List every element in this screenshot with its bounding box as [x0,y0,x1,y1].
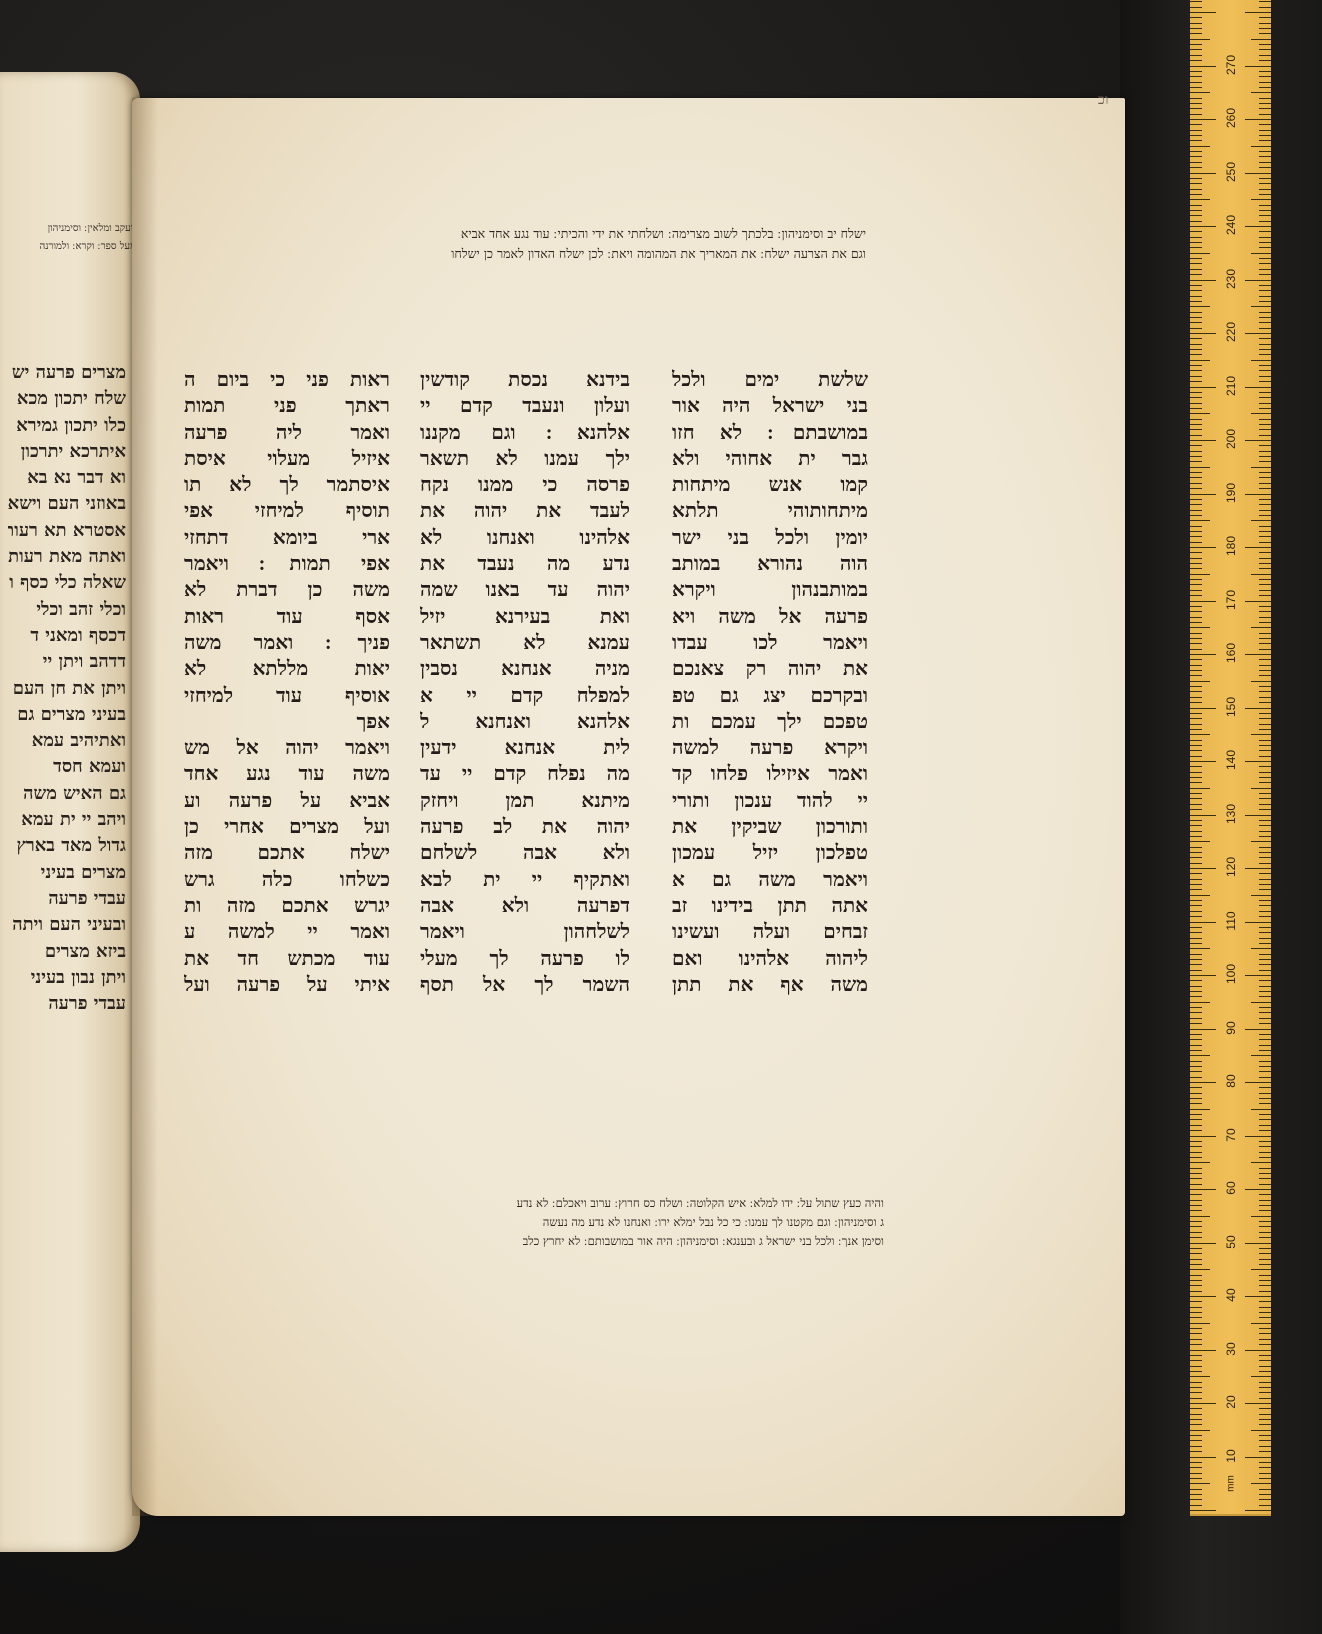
ruler-tick [1245,547,1271,548]
ruler-tick [1190,103,1202,104]
ruler-tick [1190,333,1216,334]
ruler-tick [1259,269,1271,270]
ruler-tick [1259,954,1271,955]
ruler-tick [1259,322,1271,323]
ruler-tick [1259,515,1271,516]
ruler-tick [1190,1505,1202,1506]
ruler-label: 210 [1224,373,1238,399]
ruler-tick [1251,1055,1271,1056]
ruler-tick [1190,114,1202,115]
ruler-tick [1190,831,1202,832]
text-line: ישלח אתכם מזה [184,839,390,865]
ruler-tick [1259,1344,1271,1345]
ruler-tick [1251,92,1271,93]
ruler-label: 220 [1224,319,1238,345]
text-line: ועמא חסד [8,754,126,780]
ruler-tick [1259,686,1271,687]
text-line: איתרכא יתרכון [8,439,126,465]
ruler-tick [1190,841,1210,842]
ruler-tick [1190,611,1202,612]
ruler-tick [1259,408,1271,409]
ruler-tick [1190,617,1202,618]
ruler-tick [1190,66,1216,67]
text-line: וכלי זהב וכלי [8,597,126,623]
ruler-tick [1190,889,1202,890]
text-line: משה כן דברת לא [184,576,390,602]
ruler-tick [1190,167,1202,168]
ruler-tick [1190,1237,1202,1238]
ruler-tick [1190,435,1202,436]
text-line: ויאמר משה גם א [672,866,868,892]
ruler-tick [1190,440,1216,441]
ruler-tick [1190,558,1202,559]
ruler-tick [1259,55,1271,56]
ruler-tick [1259,1178,1271,1179]
ruler-tick [1190,7,1202,8]
text-line: ויתן את חן העם [8,676,126,702]
ruler-tick [1251,627,1271,628]
ruler-tick [1190,60,1202,61]
ruler-tick [1190,413,1210,414]
masora-line: ויעקב ומלאין ׃ וסימניהון [4,220,136,238]
ruler-tick [1190,584,1202,585]
ruler-tick [1190,531,1202,532]
ruler-tick [1259,980,1271,981]
ruler-tick [1190,627,1210,628]
ruler-tick [1259,1157,1271,1158]
ruler-tick [1251,734,1271,735]
text-column-middle: בידנא נכסת קודשיןועלון ונעבד קדם ייאלהנא… [420,366,630,997]
ruler-tick [1190,215,1202,216]
ruler-tick [1245,815,1271,816]
text-line: מה נפלח קדם יי עד [420,760,630,786]
ruler-tick [1190,494,1216,495]
ruler-tick [1190,274,1202,275]
text-line: שאלה כלי כסף ו [8,570,126,596]
ruler-tick [1245,1296,1271,1297]
text-line: ואמר יי למשה ע [184,918,390,944]
text-line: ויהב יי ית עמא [8,807,126,833]
ruler-tick [1251,1269,1271,1270]
ruler-tick [1259,852,1271,853]
ruler-tick [1259,108,1271,109]
ruler-tick [1259,804,1271,805]
ruler-tick [1259,1424,1271,1425]
text-line: ראתך פני תמות [184,392,390,418]
ruler-tick [1190,820,1202,821]
ruler-tick [1190,852,1202,853]
ruler-tick [1259,1210,1271,1211]
text-line: מניה אנחנא נסבין [420,655,630,681]
ruler-tick [1190,595,1202,596]
ruler-tick [1259,756,1271,757]
ruler-tick [1259,1440,1271,1441]
ruler-tick [1190,370,1202,371]
ruler-label: 270 [1224,52,1238,78]
ruler-tick [1259,542,1271,543]
ruler-tick [1251,1483,1271,1484]
ruler-tick [1190,92,1210,93]
ruler-tick [1190,697,1202,698]
ruler-tick [1190,1259,1202,1260]
ruler-tick [1190,290,1202,291]
ruler-tick [1259,1141,1271,1142]
ruler-tick [1259,724,1271,725]
ruler-tick [1259,1264,1271,1265]
ruler-tick [1190,670,1202,671]
ruler-tick [1190,1398,1202,1399]
ruler-tick [1190,17,1202,18]
ruler-tick [1190,1050,1202,1051]
text-line: ארי ביומא דתחזי [184,524,390,550]
text-line: שלח יתכון מכא [8,386,126,412]
ruler-tick [1190,536,1202,537]
ruler-tick [1259,1012,1271,1013]
text-line: אפך [184,708,390,734]
ruler-tick [1190,948,1210,949]
text-line: בני ישראל היה אור [672,392,868,418]
text-line: זבחים ועלה ועשינו [672,918,868,944]
ruler-tick [1190,1312,1202,1313]
ruler-unit-label: mm [1226,1471,1237,1497]
ruler-tick [1190,445,1202,446]
ruler-tick [1190,178,1202,179]
ruler-tick [1190,1055,1210,1056]
ruler-tick [1190,1440,1202,1441]
ruler-tick [1190,1339,1202,1340]
ruler-label: 100 [1224,961,1238,987]
ruler-tick [1190,1419,1202,1420]
ruler-tick [1190,23,1202,24]
text-line: ולא אבה לשלחם [420,839,630,865]
masora-line: והיה כעץ שתול על ׃ ידו למלא ׃ איש הקלוטה… [184,1194,884,1213]
ruler-tick [1259,718,1271,719]
ruler-tick [1190,173,1216,174]
ruler-tick [1259,194,1271,195]
ruler-tick [1259,777,1271,778]
ruler-tick [1190,194,1202,195]
ruler-tick [1190,1178,1202,1179]
text-line: גבר ית אחוהי ולא [672,445,868,471]
ruler-tick [1190,1216,1210,1217]
ruler-tick [1259,643,1271,644]
ruler-tick [1190,1200,1202,1201]
ruler-tick [1190,756,1202,757]
ruler-tick [1190,403,1202,404]
ruler-tick [1259,1387,1271,1388]
ruler-tick [1190,1012,1202,1013]
ruler-tick [1190,905,1202,906]
ruler-tick [1190,146,1210,147]
text-line: מיתנא תמן ויחזק [420,787,630,813]
text-line: ויאמר לכו עבדו [672,629,868,655]
ruler-tick [1259,884,1271,885]
ruler-tick [1190,1119,1202,1120]
ruler-tick [1190,1066,1202,1067]
ruler-tick [1190,873,1202,874]
ruler-tick [1259,1478,1271,1479]
text-line: עבדי פרעה [8,886,126,912]
ruler-tick [1259,638,1271,639]
ruler-tick [1259,1494,1271,1495]
text-line: תוסיף למיחזי אפי [184,497,390,523]
ruler-tick [1259,1130,1271,1131]
ruler-tick [1190,804,1202,805]
ruler-tick [1259,1168,1271,1169]
ruler-tick [1190,552,1202,553]
ruler-tick [1190,1280,1202,1281]
ruler-tick [1190,210,1202,211]
text-line: השמר לך אל תסף [420,971,630,997]
ruler-tick [1259,670,1271,671]
ruler-tick [1190,397,1202,398]
ruler-tick [1245,868,1271,869]
ruler-tick [1190,226,1216,227]
ruler-tick [1259,1280,1271,1281]
ruler-tick [1190,847,1202,848]
ruler-tick [1190,1403,1216,1404]
ruler-tick [1245,1136,1271,1137]
ruler-tick [1259,1339,1271,1340]
text-line: אפי תמות ׃ ויאמר [184,550,390,576]
ruler-tick [1190,1136,1216,1137]
ruler-tick [1190,1018,1202,1019]
ruler-tick [1190,306,1210,307]
text-line: יי להוד ענכון ותורי [672,787,868,813]
ruler-tick [1190,231,1202,232]
ruler-tick [1251,39,1271,40]
ruler-tick [1190,124,1202,125]
ruler-tick [1259,633,1271,634]
ruler-tick [1259,798,1271,799]
ruler-tick [1259,1071,1271,1072]
ruler-tick [1245,1510,1271,1511]
ruler-tick [1190,108,1202,109]
ruler-tick [1190,1157,1202,1158]
text-line: ואת בעירנא יזיל [420,603,630,629]
ruler-tick [1259,258,1271,259]
ruler-tick [1190,1243,1216,1244]
ruler-tick [1259,1184,1271,1185]
ruler-tick [1251,574,1271,575]
text-line: אלהינו ואנחנו לא [420,524,630,550]
ruler-tick [1259,1435,1271,1436]
ruler-tick [1259,1018,1271,1019]
ruler-tick [1259,873,1271,874]
ruler-tick [1259,911,1271,912]
text-line: אוסיף עוד למיחזי [184,682,390,708]
text-line: נדע מה נעבד את [420,550,630,576]
ruler-tick [1259,189,1271,190]
ruler-tick [1190,1093,1202,1094]
masora-line: מעל ספר ׃ וקרא ׃ ולמורנה [4,238,136,256]
ruler-tick [1251,199,1271,200]
masora-magna-top: ישלח יב וסימניהון ׃ בלכתך לשוב מצרימה ׃ … [190,224,866,264]
text-line: את יהוה רק צאנכם [672,655,868,681]
ruler-tick [1251,1216,1271,1217]
ruler-tick [1245,1029,1271,1030]
ruler-tick [1190,884,1202,885]
ruler-tick [1190,980,1202,981]
ruler-tick [1259,857,1271,858]
ruler-tick [1259,435,1271,436]
ruler-tick [1190,151,1202,152]
ruler-tick [1259,1253,1271,1254]
ruler-label: 180 [1224,533,1238,559]
masora-line: וסימן אנך ׃ ולכל בני ישראל ג ובענגא ׃ וס… [184,1232,884,1251]
ruler-tick [1259,210,1271,211]
text-line: אסף עוד ראות [184,603,390,629]
ruler-tick [1259,938,1271,939]
ruler-tick [1190,927,1202,928]
ruler-tick [1190,1366,1202,1367]
ruler-tick [1251,1323,1271,1324]
ruler-label: 250 [1224,159,1238,185]
text-line: אלהנא ׃ וגם מקננו [420,419,630,445]
text-line: ותורכון שביקין את [672,813,868,839]
ruler-tick [1190,1317,1202,1318]
ruler-tick [1259,1467,1271,1468]
ruler-tick [1259,1473,1271,1474]
ruler-tick [1190,649,1202,650]
ruler-tick [1190,1189,1216,1190]
ruler-label: 30 [1224,1336,1238,1362]
ruler-tick [1259,82,1271,83]
ruler-tick [1190,574,1210,575]
ruler-tick [1190,777,1202,778]
ruler-tick [1190,542,1202,543]
ruler-tick [1190,1307,1202,1308]
ruler-tick [1259,1077,1271,1078]
ruler-tick [1190,991,1202,992]
ruler-tick [1259,403,1271,404]
ruler-tick [1259,649,1271,650]
ruler-tick [1259,729,1271,730]
ruler-tick [1190,1226,1202,1227]
ruler-tick [1190,55,1202,56]
ruler-tick [1259,1301,1271,1302]
ruler-tick [1190,970,1202,971]
ruler-tick [1259,1200,1271,1201]
ruler-tick [1190,1499,1202,1500]
gutter-shadow [132,98,158,1516]
text-line: עמנא לא תשתאר [420,629,630,655]
ruler-tick [1259,215,1271,216]
text-line: לו פרעה לך מעלי [420,945,630,971]
ruler-tick [1259,376,1271,377]
ruler-tick [1190,568,1202,569]
text-line: וא דבר נא בא [8,465,126,491]
text-line: ועל מצרים אחרי כן [184,813,390,839]
ruler-tick [1259,617,1271,618]
ruler-tick [1190,975,1216,976]
ruler-tick [1259,472,1271,473]
ruler-tick [1259,1446,1271,1447]
ruler-tick [1259,445,1271,446]
ruler-tick [1190,1430,1210,1431]
ruler-tick [1251,360,1271,361]
ruler-tick [1251,1162,1271,1163]
ruler-tick [1190,162,1202,163]
ruler-tick [1190,1285,1202,1286]
ruler-tick [1190,836,1202,837]
ruler-tick [1245,440,1271,441]
ruler-label: 40 [1224,1282,1238,1308]
ruler-tick [1259,820,1271,821]
ruler-tick [1259,1103,1271,1104]
ruler-tick [1259,221,1271,222]
ruler-tick [1259,927,1271,928]
ruler-tick [1259,424,1271,425]
text-line: ואמר איזילו פלחו קד [672,760,868,786]
ruler-tick [1190,916,1202,917]
ruler-tick [1259,590,1271,591]
text-line: ואתה מאת רעות [8,544,126,570]
ruler-tick [1190,344,1202,345]
ruler-tick [1190,895,1210,896]
ruler-tick [1259,750,1271,751]
ruler-tick [1259,595,1271,596]
text-line: ועלון ונעבד קדם יי [420,392,630,418]
ruler-tick [1190,686,1202,687]
text-line: דפרעה ולא אבה [420,892,630,918]
ruler-tick [1259,1505,1271,1506]
text-line: בידנא נכסת קודשין [420,366,630,392]
ruler-label: 10 [1224,1443,1238,1469]
ruler-label: 90 [1224,1015,1238,1041]
ruler-tick [1245,1243,1271,1244]
ruler-tick [1190,798,1202,799]
ruler-tick [1259,130,1271,131]
ruler-tick [1190,472,1202,473]
ruler-tick [1190,1360,1202,1361]
text-line: אביא על פרעה וע [184,787,390,813]
text-line: ובקרכם יצג גם טפ [672,682,868,708]
ruler-tick [1190,44,1202,45]
ruler-tick [1190,1467,1202,1468]
ruler-tick [1259,986,1271,987]
ruler-tick [1190,911,1202,912]
ruler-tick [1190,387,1216,388]
ruler-tick [1190,675,1202,676]
ruler-tick [1190,1173,1202,1174]
ruler-tick [1259,1093,1271,1094]
ruler-tick [1190,392,1202,393]
masora-line: ג וסימניהון ׃ וגם מקטנו לך עמנו ׃ כי כל … [184,1213,884,1232]
ruler-tick [1259,1248,1271,1249]
ruler-tick [1259,1007,1271,1008]
ruler-tick [1190,1275,1202,1276]
text-line: משה אף את תתן [672,971,868,997]
ruler-tick [1190,633,1202,634]
text-line: פניך ׃ ואמר משה [184,629,390,655]
ruler-tick [1259,1414,1271,1415]
ruler-tick [1190,451,1202,452]
ruler-tick [1259,959,1271,960]
ruler-tick [1259,889,1271,890]
ruler-tick [1190,788,1210,789]
ruler-tick [1259,766,1271,767]
ruler-tick [1190,258,1202,259]
ruler-tick [1245,1350,1271,1351]
ruler-tick [1190,253,1210,254]
ruler-tick [1251,1002,1271,1003]
ruler-tick [1259,167,1271,168]
ruler-tick [1259,740,1271,741]
ruler-tick [1259,237,1271,238]
ruler-tick [1259,1205,1271,1206]
ruler-tick [1190,1039,1202,1040]
